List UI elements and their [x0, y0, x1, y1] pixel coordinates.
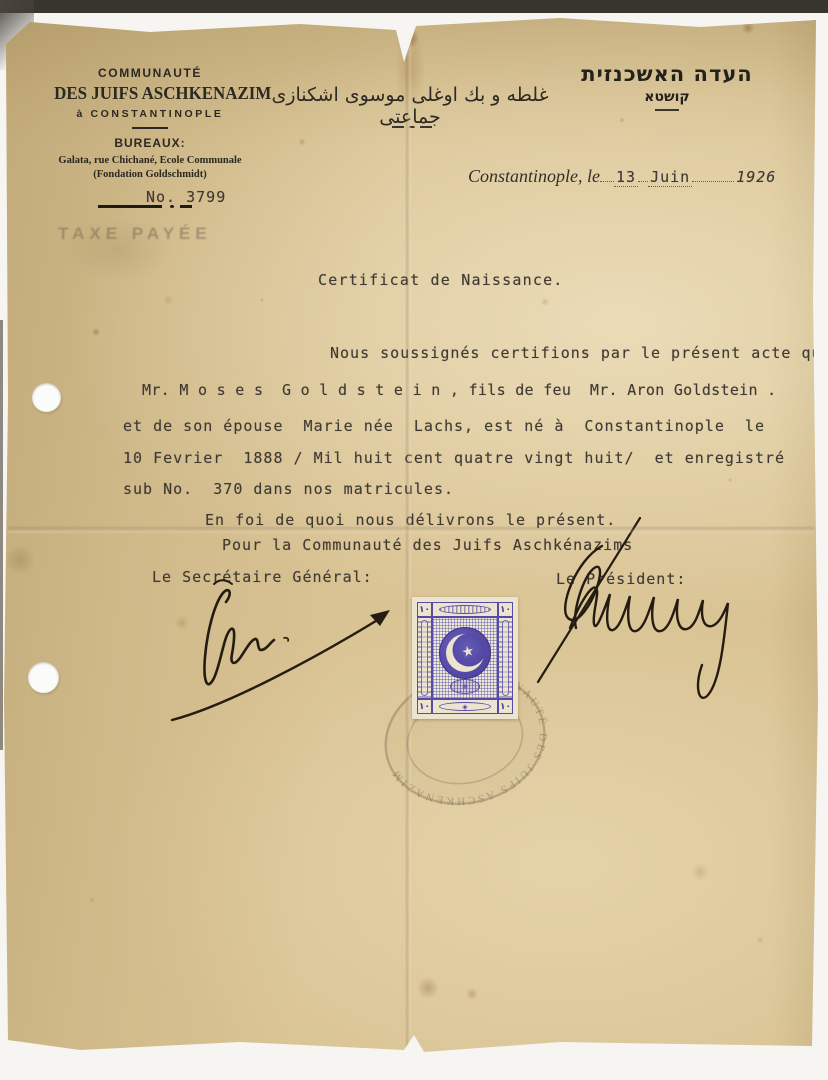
body-line-4: 10 Fevrier 1888 / Mil huit cent quatre v… [123, 449, 785, 467]
dateline-year: 1926 [734, 168, 778, 186]
body-line-3: et de son épouse Marie née Lachs, est né… [123, 417, 765, 435]
body-line-2: Mr. M o s e s G o l d s t e i n , fils d… [142, 381, 777, 399]
stamp-bottom-banner: ◈ [432, 699, 498, 714]
stamp-rosette [450, 679, 480, 694]
letterhead-divider [132, 127, 168, 129]
registration-number: No. 3799 [146, 188, 226, 206]
president-signature [510, 516, 775, 711]
hebrew-header: העדה האשכנזית קושטא [576, 62, 758, 111]
punch-hole-bottom [28, 662, 59, 693]
stamp-right-panel [498, 617, 513, 699]
revenue-stamp: ١٠ ١٠ ١٠ ١٠ ◈ ★ [412, 597, 518, 719]
document-title: Certificat de Naissance. [318, 271, 564, 289]
dateline: Constantinople, le 13 Juin 1926 [468, 166, 778, 187]
dateline-printed: Constantinople, le [468, 166, 600, 187]
star-icon: ★ [460, 643, 475, 659]
letterhead-underline [98, 205, 162, 208]
letterhead-address-line2: (Fondation Goldschmidt) [48, 169, 252, 180]
body-line-1: Nous soussignés certifions par le présen… [330, 344, 828, 362]
dateline-day: 13 [614, 168, 638, 187]
dateline-month: Juin [648, 168, 692, 187]
stamp-denomination: ١٠ [417, 699, 432, 714]
document-paper: COMMUNAUTÉ DES JUIFS ASCHKENAZIM à CONST… [0, 0, 828, 1080]
letterhead: COMMUNAUTÉ DES JUIFS ASCHKENAZIM à CONST… [48, 66, 252, 180]
hebrew-community-name: העדה האשכנזית [576, 62, 758, 86]
dateline-leader [638, 167, 648, 182]
tax-paid-stamp: TAXE PAYÉE [58, 224, 212, 244]
letterhead-org-line3: à CONSTANTINOPLE [48, 108, 252, 120]
vertical-fold-crease [406, 18, 411, 1052]
stamp-left-panel [417, 617, 432, 699]
hebrew-city-name: קושטא [576, 89, 758, 105]
letterhead-underline-dash [180, 205, 192, 208]
ottoman-ornament [392, 126, 432, 128]
letterhead-bureaux-label: BUREAUX: [48, 136, 252, 150]
stamp-denomination: ١٠ [498, 699, 513, 714]
horizontal-fold-crease [8, 527, 814, 533]
dateline-leader [600, 167, 614, 182]
body-line-5: sub No. 370 dans nos matricules. [123, 480, 454, 498]
dateline-leader [692, 167, 734, 182]
stamp-denomination: ١٠ [417, 602, 432, 617]
paper-edge-shadow [0, 320, 3, 750]
hebrew-divider [655, 109, 679, 111]
letterhead-org-line2: DES JUIFS ASCHKENAZIM [54, 83, 246, 104]
photo-background-edge [0, 0, 828, 13]
stamp-center: ★ [432, 617, 498, 699]
punch-hole-top [32, 383, 61, 412]
letterhead-org-line1: COMMUNAUTÉ [48, 66, 252, 80]
stamp-top-banner [432, 602, 498, 617]
letterhead-address-line1: Galata, rue Chichané, Ecole Communale [48, 155, 252, 166]
letterhead-underline-dot [170, 205, 174, 208]
stamp-denomination: ١٠ [498, 602, 513, 617]
